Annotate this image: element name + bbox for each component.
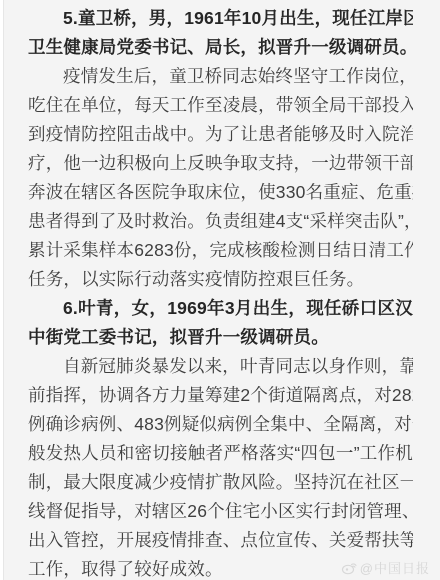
text-line: 疫情发生后，童卫桥同志始终坚守工作岗位， [28,62,413,91]
paragraph: 6.叶青，女，1969年3月出生，现任硚口区汉中街党工委书记，拟晋升一级调研员。 [28,294,413,352]
paragraph: 自新冠肺炎暴发以来，叶青同志以身作则，靠前指挥，协调各方力量筹建2个街道隔离点，… [28,352,413,580]
watermark: @中国日报 [341,558,430,577]
document-body: 5.童卫桥，男，1961年10月出生，现任江岸区卫生健康局党委书记、局长，拟晋升… [28,4,413,580]
text-line: 自新冠肺炎暴发以来，叶青同志以身作则，靠 [28,352,413,381]
text-line: 出入管控，开展疫情排查、点位宣传、关爱帮扶等 [28,526,413,555]
screenshot-root: 5.童卫桥，男，1961年10月出生，现任江岸区卫生健康局党委书记、局长，拟晋升… [0,0,440,580]
text-line: 线督促指导，对辖区26个住宅小区实行封闭管理、 [28,497,413,526]
paragraph: 5.童卫桥，男，1961年10月出生，现任江岸区卫生健康局党委书记、局长，拟晋升… [28,4,413,62]
text-line: 例确诊病例、483例疑似病例全集中、全隔离，对一 [28,410,413,439]
text-line: 制，最大限度减少疫情扩散风险。坚持沉在社区一 [28,468,413,497]
text-line: 5.童卫桥，男，1961年10月出生，现任江岸区 [28,4,413,33]
paragraph: 疫情发生后，童卫桥同志始终坚守工作岗位，吃住在单位，每天工作至凌晨，带领全局干部… [28,62,413,294]
text-line: 般发热人员和密切接触者严格落实“四包一”工作机 [28,439,413,468]
text-line: 任务，以实际行动落实疫情防控艰巨任务。 [28,265,413,294]
text-line: 6.叶青，女，1969年3月出生，现任硚口区汉 [28,294,413,323]
text-line: 卫生健康局党委书记、局长，拟晋升一级调研员。 [28,33,413,62]
text-line: 患者得到了及时救治。负责组建4支“采样突击队”， [28,207,413,236]
document-page: 5.童卫桥，男，1961年10月出生，现任江岸区卫生健康局党委书记、局长，拟晋升… [3,0,440,580]
watermark-text: @中国日报 [360,558,430,577]
text-line: 累计采集样本6283份，完成核酸检测日结日清工作 [28,236,413,265]
text-line: 到疫情防控阻击战中。为了让患者能够及时入院治 [28,120,413,149]
weibo-logo-icon [341,561,357,575]
text-line: 奔波在辖区各医院争取床位，使330名重症、危重症 [28,178,413,207]
text-line: 中街党工委书记，拟晋升一级调研员。 [28,323,413,352]
text-line: 前指挥，协调各方力量筹建2个街道隔离点，对282 [28,381,413,410]
text-line: 疗，他一边积极向上反映争取支持，一边带领干部 [28,149,413,178]
text-line: 吃住在单位，每天工作至凌晨，带领全局干部投入 [28,91,413,120]
